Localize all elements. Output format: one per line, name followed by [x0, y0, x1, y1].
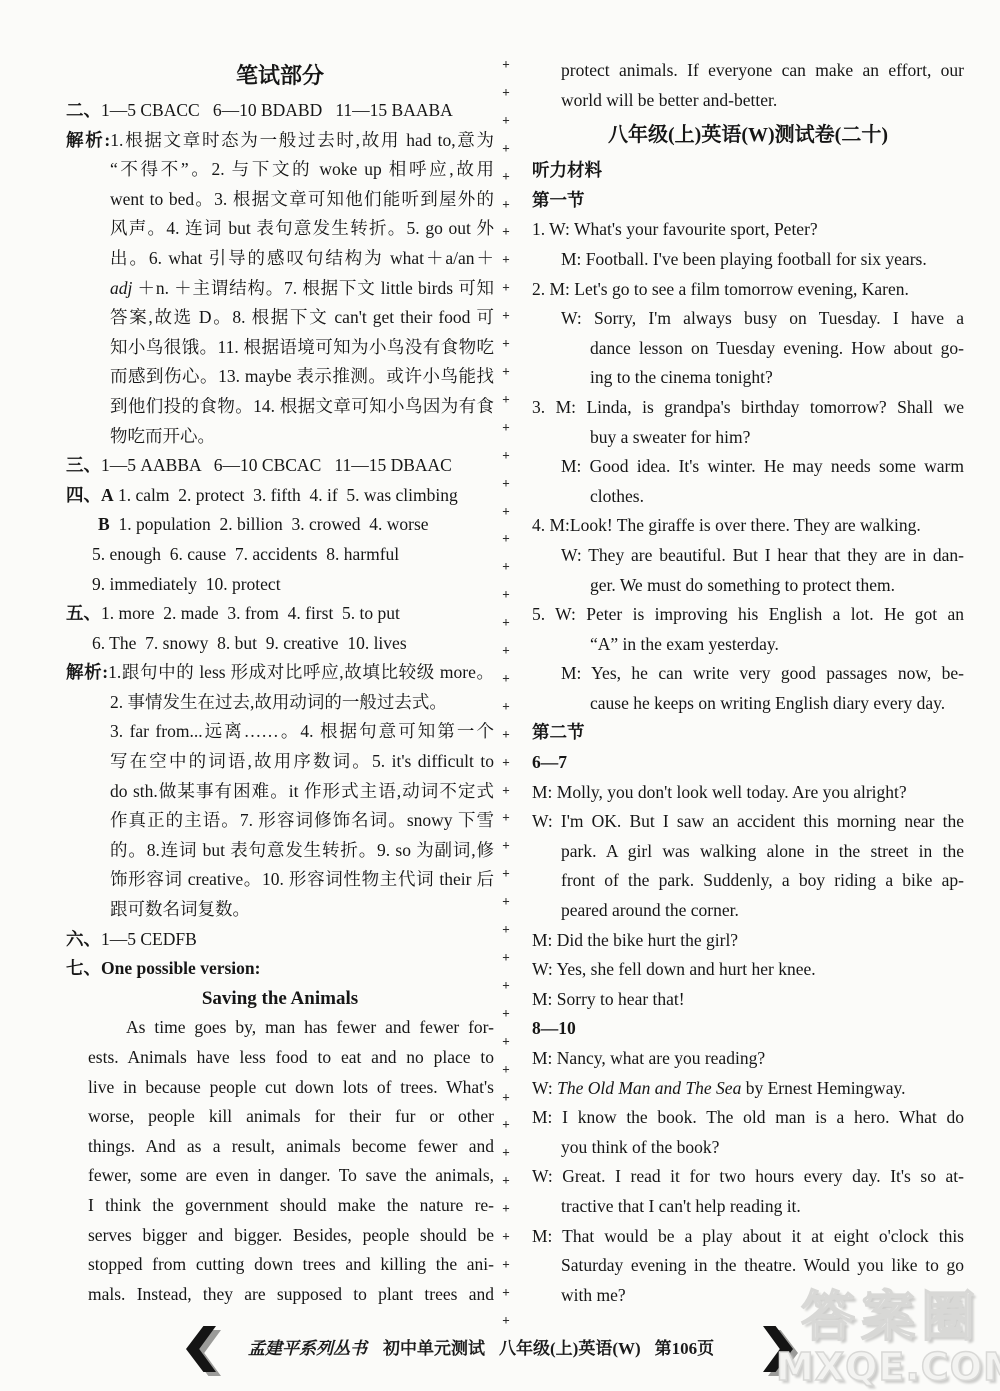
- footer-series-type: 初中单元测试: [383, 1339, 485, 1358]
- text-segment: W: Sorry, I'm always busy on Tuesday. I …: [561, 308, 964, 328]
- text-segment: front of the park. Suddenly, a boy ridin…: [561, 870, 964, 890]
- text-line: M: That would be a play about it at eigh…: [532, 1222, 964, 1252]
- text-line: ests. Animals have less food to eat and …: [66, 1043, 494, 1073]
- divider-mark: +: [502, 588, 509, 600]
- divider-mark: +: [502, 644, 509, 656]
- divider-mark: +: [502, 421, 509, 433]
- text-line: “不得不”。2. 与下文的 woke up 相呼应,故用: [66, 155, 494, 185]
- text-line: 4. M:Look! The giraffe is over there. Th…: [532, 511, 964, 541]
- text-line: mals. Instead, they are supposed to plan…: [66, 1280, 494, 1310]
- text-segment: serves bigger and bigger. Besides, peopl…: [88, 1225, 494, 1245]
- text-segment: 作真正的主语。7. 形容词修饰名词。snowy 下雪: [110, 810, 494, 830]
- text-segment: 饰形容词 creative。10. 形容词性物主代词 their 后: [110, 869, 494, 889]
- divider-mark: +: [502, 225, 509, 237]
- text-segment: mals. Instead, they are supposed to plan…: [88, 1284, 494, 1304]
- text-segment: 9. immediately 10. protect: [92, 574, 281, 594]
- text-segment: 1. W: What's your favourite sport, Peter…: [532, 219, 818, 239]
- text-segment: 出。6. what 引导的感叹句结构为 what＋a/an＋: [110, 248, 494, 268]
- text-line: M: Football. I've been playing football …: [532, 245, 964, 275]
- text-segment: W: Great. I read it for two hours every …: [532, 1166, 964, 1186]
- column-divider: ++++++++++++++++++++++++++++++++++++++++…: [494, 58, 518, 1326]
- text-line: 5. enough 6. cause 7. accidents 8. harmf…: [66, 540, 494, 570]
- text-segment: 物吃而开心。: [110, 426, 215, 446]
- text-segment: ests. Animals have less food to eat and …: [88, 1047, 494, 1067]
- divider-mark: +: [502, 337, 509, 349]
- text-segment: 写在空中的词语,故用序数词。5. it's difficult to: [110, 751, 494, 771]
- watermark: 答案圈 MXQE.COM: [776, 1288, 1000, 1388]
- text-line: 作真正的主语。7. 形容词修饰名词。snowy 下雪: [66, 806, 494, 836]
- divider-mark: +: [502, 1118, 509, 1130]
- divider-mark: +: [502, 1146, 509, 1158]
- text-segment: M: I know the book. The old man is a her…: [532, 1107, 964, 1127]
- divider-mark: +: [502, 951, 509, 963]
- text-line: 解析:1.根据文章时态为一般过去时,故用 had to,意为: [66, 126, 494, 156]
- text-segment: 1. calm 2. protect 3. fifth 4. if 5. was…: [114, 485, 458, 505]
- text-line: B 1. population 2. billion 3. crowed 4. …: [66, 510, 494, 540]
- text-segment: M: Good idea. It's winter. He may needs …: [561, 456, 964, 476]
- divider-mark: +: [502, 393, 509, 405]
- text-segment: 2. 事情发生在过去,故用动词的一般过去式。: [110, 692, 447, 712]
- divider-mark: +: [502, 784, 509, 796]
- text-segment: 笔试部分: [236, 63, 324, 88]
- text-line: 五、1. more 2. made 3. from 4. first 5. to…: [66, 599, 494, 629]
- text-segment: W:: [532, 1078, 557, 1098]
- text-line: W: The Old Man and The Sea by Ernest Hem…: [532, 1074, 964, 1104]
- divider-mark: +: [502, 1035, 509, 1047]
- text-line: M: Did the bike hurt the girl?: [532, 926, 964, 956]
- divider-mark: +: [502, 86, 509, 98]
- text-line: 解析:1.跟句中的 less 形成对比呼应,故填比较级 more。: [66, 658, 494, 688]
- divider-mark: +: [502, 505, 509, 517]
- divider-mark: +: [502, 1258, 509, 1270]
- text-segment: 6. The 7. snowy 8. but 9. creative 10. l…: [92, 633, 407, 653]
- text-segment: 而感到伤心。13. maybe 表示推测。或许小鸟能找: [110, 366, 494, 386]
- text-line: live in because people cut down lots of …: [66, 1073, 494, 1103]
- text-segment: As time goes by, man has fewer and fewer…: [126, 1017, 494, 1037]
- divider-mark: +: [502, 923, 509, 935]
- text-segment: you think of the book?: [561, 1137, 719, 1157]
- text-segment: M: Football. I've been playing football …: [561, 249, 927, 269]
- text-segment: with me?: [561, 1285, 626, 1305]
- text-line: 8—10: [532, 1014, 964, 1044]
- text-segment: clothes.: [590, 486, 644, 506]
- text-line: do sth.做某事有困难。it 作形式主语,动词不定式: [66, 777, 494, 807]
- text-line: 3. far from...远离……。4. 根据句意可知第一个: [66, 717, 494, 747]
- divider-mark: +: [502, 1007, 509, 1019]
- text-segment: A: [101, 485, 114, 505]
- divider-mark: +: [502, 700, 509, 712]
- divider-mark: +: [502, 867, 509, 879]
- text-line: adj ＋n. ＋主谓结构。7. 根据下文 little birds 可知: [66, 274, 494, 304]
- text-line: clothes.: [532, 482, 964, 512]
- text-line: world will be better and-better.: [532, 86, 964, 116]
- text-segment: went to bed。3. 根据文章可知他们能听到屋外的: [110, 189, 494, 209]
- divider-mark: +: [502, 728, 509, 740]
- divider-mark: +: [502, 979, 509, 991]
- text-line: “A” in the exam yesterday.: [532, 630, 964, 660]
- text-segment: fewer, some are even in danger. To save …: [88, 1165, 494, 1185]
- text-line: 9. immediately 10. protect: [66, 570, 494, 600]
- written-section-column: 笔试部分二、1—5 CBACC 6—10 BDABD 11—15 BAABA解析…: [66, 56, 494, 1326]
- text-segment: 解析:: [66, 130, 110, 150]
- text-line: peared around the corner.: [532, 896, 964, 926]
- text-segment: ＋n. ＋主谓结构。7. 根据下文 little birds 可知: [132, 278, 494, 298]
- text-segment: park. A girl was walking alone in the st…: [561, 841, 964, 861]
- text-line: stopped from cutting down trees and kill…: [66, 1250, 494, 1280]
- text-line: 答案,故选 D。8. 根据下文 can't get their food 可: [66, 303, 494, 333]
- divider-mark: +: [502, 839, 509, 851]
- text-line: 八年级(上)英语(W)测试卷(二十): [532, 117, 964, 153]
- listening-script-column: protect animals. If everyone can make an…: [518, 56, 964, 1326]
- text-line: 3. M: Linda, is grandpa's birthday tomor…: [532, 393, 964, 423]
- text-segment: “不得不”。2. 与下文的 woke up 相呼应,故用: [110, 159, 494, 179]
- text-segment: W: Yes, she fell down and hurt her knee.: [532, 959, 816, 979]
- text-segment: 第二节: [532, 722, 585, 742]
- text-line: M: I know the book. The old man is a her…: [532, 1103, 964, 1133]
- text-line: M: Nancy, what are you reading?: [532, 1044, 964, 1074]
- text-segment: tractive that I can't help reading it.: [561, 1196, 801, 1216]
- chevron-left-icon: [186, 1326, 216, 1372]
- text-line: 饰形容词 creative。10. 形容词性物主代词 their 后: [66, 865, 494, 895]
- divider-mark: +: [502, 811, 509, 823]
- text-segment: 答案,故选 D。8. 根据下文 can't get their food 可: [110, 307, 494, 327]
- text-line: tractive that I can't help reading it.: [532, 1192, 964, 1222]
- text-line: 四、A 1. calm 2. protect 3. fifth 4. if 5.…: [66, 481, 494, 511]
- divider-mark: +: [502, 1063, 509, 1075]
- text-line: 到他们投的食物。14. 根据文章可知小鸟因为有食: [66, 392, 494, 422]
- footer-series-label: 孟建平系列丛书: [248, 1339, 367, 1358]
- divider-mark: +: [502, 616, 509, 628]
- divider-mark: +: [502, 449, 509, 461]
- text-line: M: Sorry to hear that!: [532, 985, 964, 1015]
- text-line: 的。8.连词 but 表句意发生转折。9. so 为副词,修: [66, 836, 494, 866]
- text-segment: 解析:: [66, 662, 108, 682]
- text-segment: peared around the corner.: [561, 900, 739, 920]
- text-segment: 1.根据文章时态为一般过去时,故用 had to,意为: [110, 130, 494, 150]
- text-segment: One possible version:: [101, 958, 260, 978]
- text-segment: 四、: [66, 485, 101, 505]
- text-line: 七、One possible version:: [66, 954, 494, 984]
- text-line: front of the park. Suddenly, a boy ridin…: [532, 866, 964, 896]
- text-line: 三、1—5 AABBA 6—10 CBCAC 11—15 DBAAC: [66, 451, 494, 481]
- text-line: As time goes by, man has fewer and fewer…: [66, 1013, 494, 1043]
- text-segment: 5. enough 6. cause 7. accidents 8. harmf…: [92, 544, 399, 564]
- text-line: W: Sorry, I'm always busy on Tuesday. I …: [532, 304, 964, 334]
- text-line: I think the government should make the n…: [66, 1191, 494, 1221]
- text-line: things. And as a result, animals become …: [66, 1132, 494, 1162]
- text-segment: stopped from cutting down trees and kill…: [88, 1254, 494, 1274]
- text-segment: 4. M:Look! The giraffe is over there. Th…: [532, 515, 921, 535]
- text-line: ger. We must do something to protect the…: [532, 571, 964, 601]
- text-line: M: Good idea. It's winter. He may needs …: [532, 452, 964, 482]
- text-line: W: They are beautiful. But I hear that t…: [532, 541, 964, 571]
- text-segment: ing to the cinema tonight?: [590, 367, 773, 387]
- text-segment: I think the government should make the n…: [88, 1195, 494, 1215]
- text-line: W: I'm OK. But I saw an accident this mo…: [532, 807, 964, 837]
- divider-mark: +: [502, 756, 509, 768]
- text-segment: worse, people kill animals for their fur…: [88, 1106, 494, 1126]
- text-line: 六、1—5 CEDFB: [66, 925, 494, 955]
- text-segment: 1. more 2. made 3. from 4. first 5. to p…: [101, 603, 400, 623]
- text-segment: Saturday evening in the theatre. Would y…: [561, 1255, 964, 1275]
- text-line: 跟可数名词复数。: [66, 895, 494, 925]
- text-segment: M: Molly, you don't look well today. Are…: [532, 782, 907, 802]
- text-segment: B: [98, 514, 110, 534]
- text-line: W: Great. I read it for two hours every …: [532, 1162, 964, 1192]
- text-segment: 1.跟句中的 less 形成对比呼应,故填比较级 more。: [108, 662, 494, 682]
- text-segment: M: Nancy, what are you reading?: [532, 1048, 765, 1068]
- text-line: 2. M: Let's go to see a film tomorrow ev…: [532, 275, 964, 305]
- text-segment: 6—7: [532, 752, 567, 772]
- text-line: Saving the Animals: [66, 984, 494, 1014]
- divider-mark: +: [502, 1286, 509, 1298]
- text-segment: 听力材料: [532, 160, 602, 180]
- footer-text: 孟建平系列丛书初中单元测试八年级(上)英语(W)第106页: [248, 1334, 688, 1359]
- divider-mark: +: [502, 672, 509, 684]
- text-segment: by Ernest Hemingway.: [741, 1078, 905, 1098]
- text-line: 物吃而开心。: [66, 422, 494, 452]
- text-line: 风声。4. 连词 but 表句意发生转折。5. go out 外: [66, 214, 494, 244]
- text-segment: 三、: [66, 455, 101, 475]
- text-segment: ger. We must do something to protect the…: [590, 575, 895, 595]
- text-segment: 六、: [66, 929, 101, 949]
- text-line: 1. W: What's your favourite sport, Peter…: [532, 215, 964, 245]
- text-segment: The Old Man and The Sea: [557, 1078, 741, 1098]
- text-line: 写在空中的词语,故用序数词。5. it's difficult to: [66, 747, 494, 777]
- divider-mark: +: [502, 365, 509, 377]
- text-line: 二、1—5 CBACC 6—10 BDABD 11—15 BAABA: [66, 96, 494, 126]
- text-line: 第二节: [532, 718, 964, 748]
- text-segment: dance lesson on Tuesday evening. How abo…: [590, 338, 964, 358]
- text-line: fewer, some are even in danger. To save …: [66, 1161, 494, 1191]
- text-line: cause he keeps on writing English diary …: [532, 689, 964, 719]
- text-segment: 到他们投的食物。14. 根据文章可知小鸟因为有食: [110, 396, 494, 416]
- text-segment: Saving the Animals: [202, 988, 358, 1009]
- text-line: 笔试部分: [66, 56, 494, 96]
- divider-mark: +: [502, 895, 509, 907]
- text-segment: M: Sorry to hear that!: [532, 989, 685, 1009]
- divider-mark: +: [502, 253, 509, 265]
- text-segment: 二、: [66, 100, 101, 120]
- text-segment: M: That would be a play about it at eigh…: [532, 1226, 964, 1246]
- text-segment: 5. W: Peter is improving his English a l…: [532, 604, 964, 624]
- divider-mark: +: [502, 170, 509, 182]
- text-line: 第一节: [532, 186, 964, 216]
- divider-mark: +: [502, 1174, 509, 1186]
- text-line: 知小鸟很饿。11. 根据语境可知为小鸟没有食物吃: [66, 333, 494, 363]
- text-segment: world will be better and-better.: [561, 90, 777, 110]
- text-segment: 八年级(上)英语(W)测试卷(二十): [608, 124, 888, 146]
- divider-mark: +: [502, 58, 509, 70]
- scanned-answer-page: 笔试部分二、1—5 CBACC 6—10 BDABD 11—15 BAABA解析…: [0, 0, 1000, 1391]
- text-segment: 第一节: [532, 190, 585, 210]
- text-line: 6—7: [532, 748, 964, 778]
- watermark-site: MXQE.COM: [776, 1346, 1000, 1388]
- divider-mark: +: [502, 1230, 509, 1242]
- text-segment: W: I'm OK. But I saw an accident this mo…: [532, 811, 964, 831]
- text-segment: M: Yes, he can write very good passages …: [561, 663, 964, 683]
- text-line: protect animals. If everyone can make an…: [532, 56, 964, 86]
- text-segment: 1—5 CBACC 6—10 BDABD 11—15 BAABA: [101, 100, 453, 120]
- divider-mark: +: [502, 142, 509, 154]
- text-segment: things. And as a result, animals become …: [88, 1136, 494, 1156]
- text-segment: live in because people cut down lots of …: [88, 1077, 494, 1097]
- footer-page-number: 第106页: [655, 1339, 715, 1358]
- text-line: M: Molly, you don't look well today. Are…: [532, 778, 964, 808]
- text-line: 而感到伤心。13. maybe 表示推测。或许小鸟能找: [66, 362, 494, 392]
- text-segment: 1—5 AABBA 6—10 CBCAC 11—15 DBAAC: [101, 455, 452, 475]
- watermark-brand: 答案圈: [776, 1288, 1000, 1346]
- divider-mark: +: [502, 1202, 509, 1214]
- text-segment: buy a sweater for him?: [590, 427, 750, 447]
- text-segment: cause he keeps on writing English diary …: [590, 693, 945, 713]
- text-line: serves bigger and bigger. Besides, peopl…: [66, 1221, 494, 1251]
- text-segment: protect animals. If everyone can make an…: [561, 60, 964, 80]
- two-column-layout: 笔试部分二、1—5 CBACC 6—10 BDABD 11—15 BAABA解析…: [0, 0, 1000, 1326]
- text-line: ing to the cinema tonight?: [532, 363, 964, 393]
- text-line: 出。6. what 引导的感叹句结构为 what＋a/an＋: [66, 244, 494, 274]
- text-segment: 1. population 2. billion 3. crowed 4. wo…: [110, 514, 429, 534]
- text-segment: 跟可数名词复数。: [110, 899, 250, 919]
- text-segment: 知小鸟很饿。11. 根据语境可知为小鸟没有食物吃: [110, 337, 494, 357]
- text-line: worse, people kill animals for their fur…: [66, 1102, 494, 1132]
- text-segment: 1—5 CEDFB: [101, 929, 197, 949]
- footer-grade-label: 八年级(上)英语(W): [499, 1339, 641, 1358]
- text-line: went to bed。3. 根据文章可知他们能听到屋外的: [66, 185, 494, 215]
- text-segment: M: Did the bike hurt the girl?: [532, 930, 738, 950]
- text-segment: adj: [110, 278, 132, 298]
- text-segment: “A” in the exam yesterday.: [590, 634, 779, 654]
- text-line: W: Yes, she fell down and hurt her knee.: [532, 955, 964, 985]
- divider-mark: +: [502, 114, 509, 126]
- text-line: 听力材料: [532, 156, 964, 186]
- text-line: park. A girl was walking alone in the st…: [532, 837, 964, 867]
- divider-mark: +: [502, 532, 509, 544]
- text-segment: W: They are beautiful. But I hear that t…: [561, 545, 964, 565]
- text-line: Saturday evening in the theatre. Would y…: [532, 1251, 964, 1281]
- text-line: you think of the book?: [532, 1133, 964, 1163]
- text-line: 5. W: Peter is improving his English a l…: [532, 600, 964, 630]
- divider-mark: +: [502, 560, 509, 572]
- text-segment: 3. far from...远离……。4. 根据句意可知第一个: [110, 721, 494, 741]
- text-segment: do sth.做某事有困难。it 作形式主语,动词不定式: [110, 781, 494, 801]
- text-line: 6. The 7. snowy 8. but 9. creative 10. l…: [66, 629, 494, 659]
- divider-mark: +: [502, 309, 509, 321]
- text-segment: 风声。4. 连词 but 表句意发生转折。5. go out 外: [110, 218, 494, 238]
- text-line: dance lesson on Tuesday evening. How abo…: [532, 334, 964, 364]
- divider-mark: +: [502, 477, 509, 489]
- text-segment: 2. M: Let's go to see a film tomorrow ev…: [532, 279, 909, 299]
- divider-mark: +: [502, 198, 509, 210]
- text-segment: 8—10: [532, 1018, 576, 1038]
- divider-mark: +: [502, 281, 509, 293]
- text-line: buy a sweater for him?: [532, 423, 964, 453]
- text-segment: 七、: [66, 958, 101, 978]
- text-segment: 五、: [66, 603, 101, 623]
- text-line: M: Yes, he can write very good passages …: [532, 659, 964, 689]
- divider-mark: +: [502, 1091, 509, 1103]
- text-segment: 的。8.连词 but 表句意发生转折。9. so 为副词,修: [110, 840, 494, 860]
- text-line: 2. 事情发生在过去,故用动词的一般过去式。: [66, 688, 494, 718]
- text-segment: 3. M: Linda, is grandpa's birthday tomor…: [532, 397, 964, 417]
